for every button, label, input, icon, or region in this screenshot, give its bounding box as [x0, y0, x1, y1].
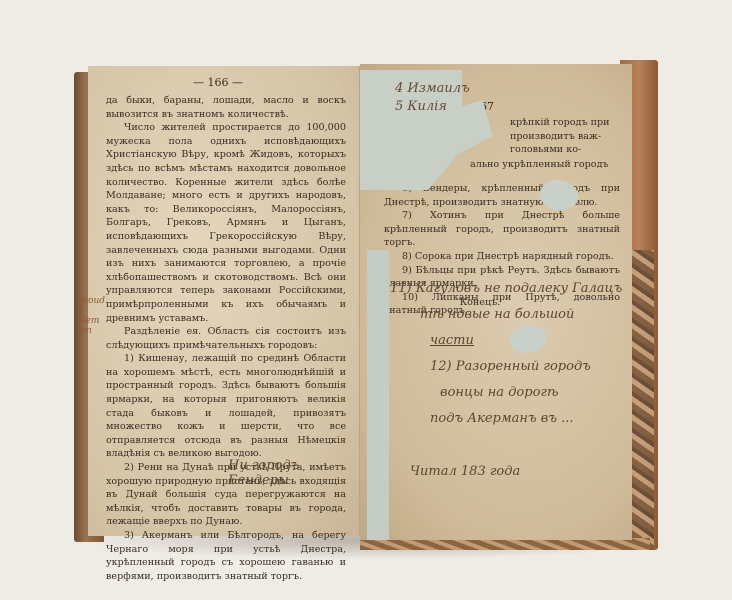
handwritten-notes: 11) Кагуловъ не подалеку Галацъ тѣ новые…	[390, 276, 630, 432]
paragraph: да быки, бараны, лошади, масло и воскъ в…	[106, 94, 346, 121]
right-page-line: ально укрѣпленный городъ	[470, 158, 620, 172]
handwritten-line: тѣ новые на большой	[390, 302, 630, 328]
paragraph: Раздѣленіе ея. Область сія состоитъ изъ …	[106, 325, 346, 352]
repair-paper-strip	[367, 250, 389, 540]
handwritten-line: 4 Измаилъ	[395, 80, 470, 98]
left-page-number: — 166 —	[193, 76, 243, 89]
margin-note: proud. 5 Лет от	[78, 296, 106, 336]
text-line: производитъ важ-	[510, 130, 618, 144]
paragraph: 3) Акерманъ или Бѣлгородъ, на берегу Чер…	[106, 529, 346, 583]
paragraph: 7) Хотинъ при Днестрѣ больше крѣпленный …	[384, 209, 620, 250]
handwritten-line: подъ Акерманъ въ ...	[390, 406, 630, 432]
text-line: головьями ко-	[510, 143, 618, 157]
text-line: крѣпкій городъ при	[510, 116, 618, 130]
paragraph: 1) Кишенау, лежащій по срединѣ Области н…	[106, 352, 346, 461]
paragraph: Число жителей простирается до 100,000 му…	[106, 121, 346, 325]
handwritten-top-note: 4 Измаилъ 5 Килія	[395, 80, 470, 116]
left-page: — 166 — да быки, бараны, лошади, масло и…	[88, 66, 360, 536]
right-page-top-text: крѣпкій городъ при производитъ важ- голо…	[510, 116, 618, 157]
left-page-text: да быки, бараны, лошади, масло и воскъ в…	[106, 94, 346, 583]
paragraph: 8) Сорока при Днестрѣ нарядный городъ.	[384, 250, 620, 264]
handwritten-line: 12) Разоренный городъ	[390, 354, 630, 380]
handwritten-line: 5 Килія	[395, 98, 470, 116]
handwritten-note: Ни городъ Бендеры	[228, 458, 359, 488]
handwritten-line: вонцы на дорогѣ	[390, 380, 630, 406]
handwritten-signature: Читал 183 года	[410, 464, 520, 479]
torn-hole	[540, 180, 578, 210]
handwritten-line: 11) Кагуловъ не подалеку Галацъ	[390, 276, 630, 302]
